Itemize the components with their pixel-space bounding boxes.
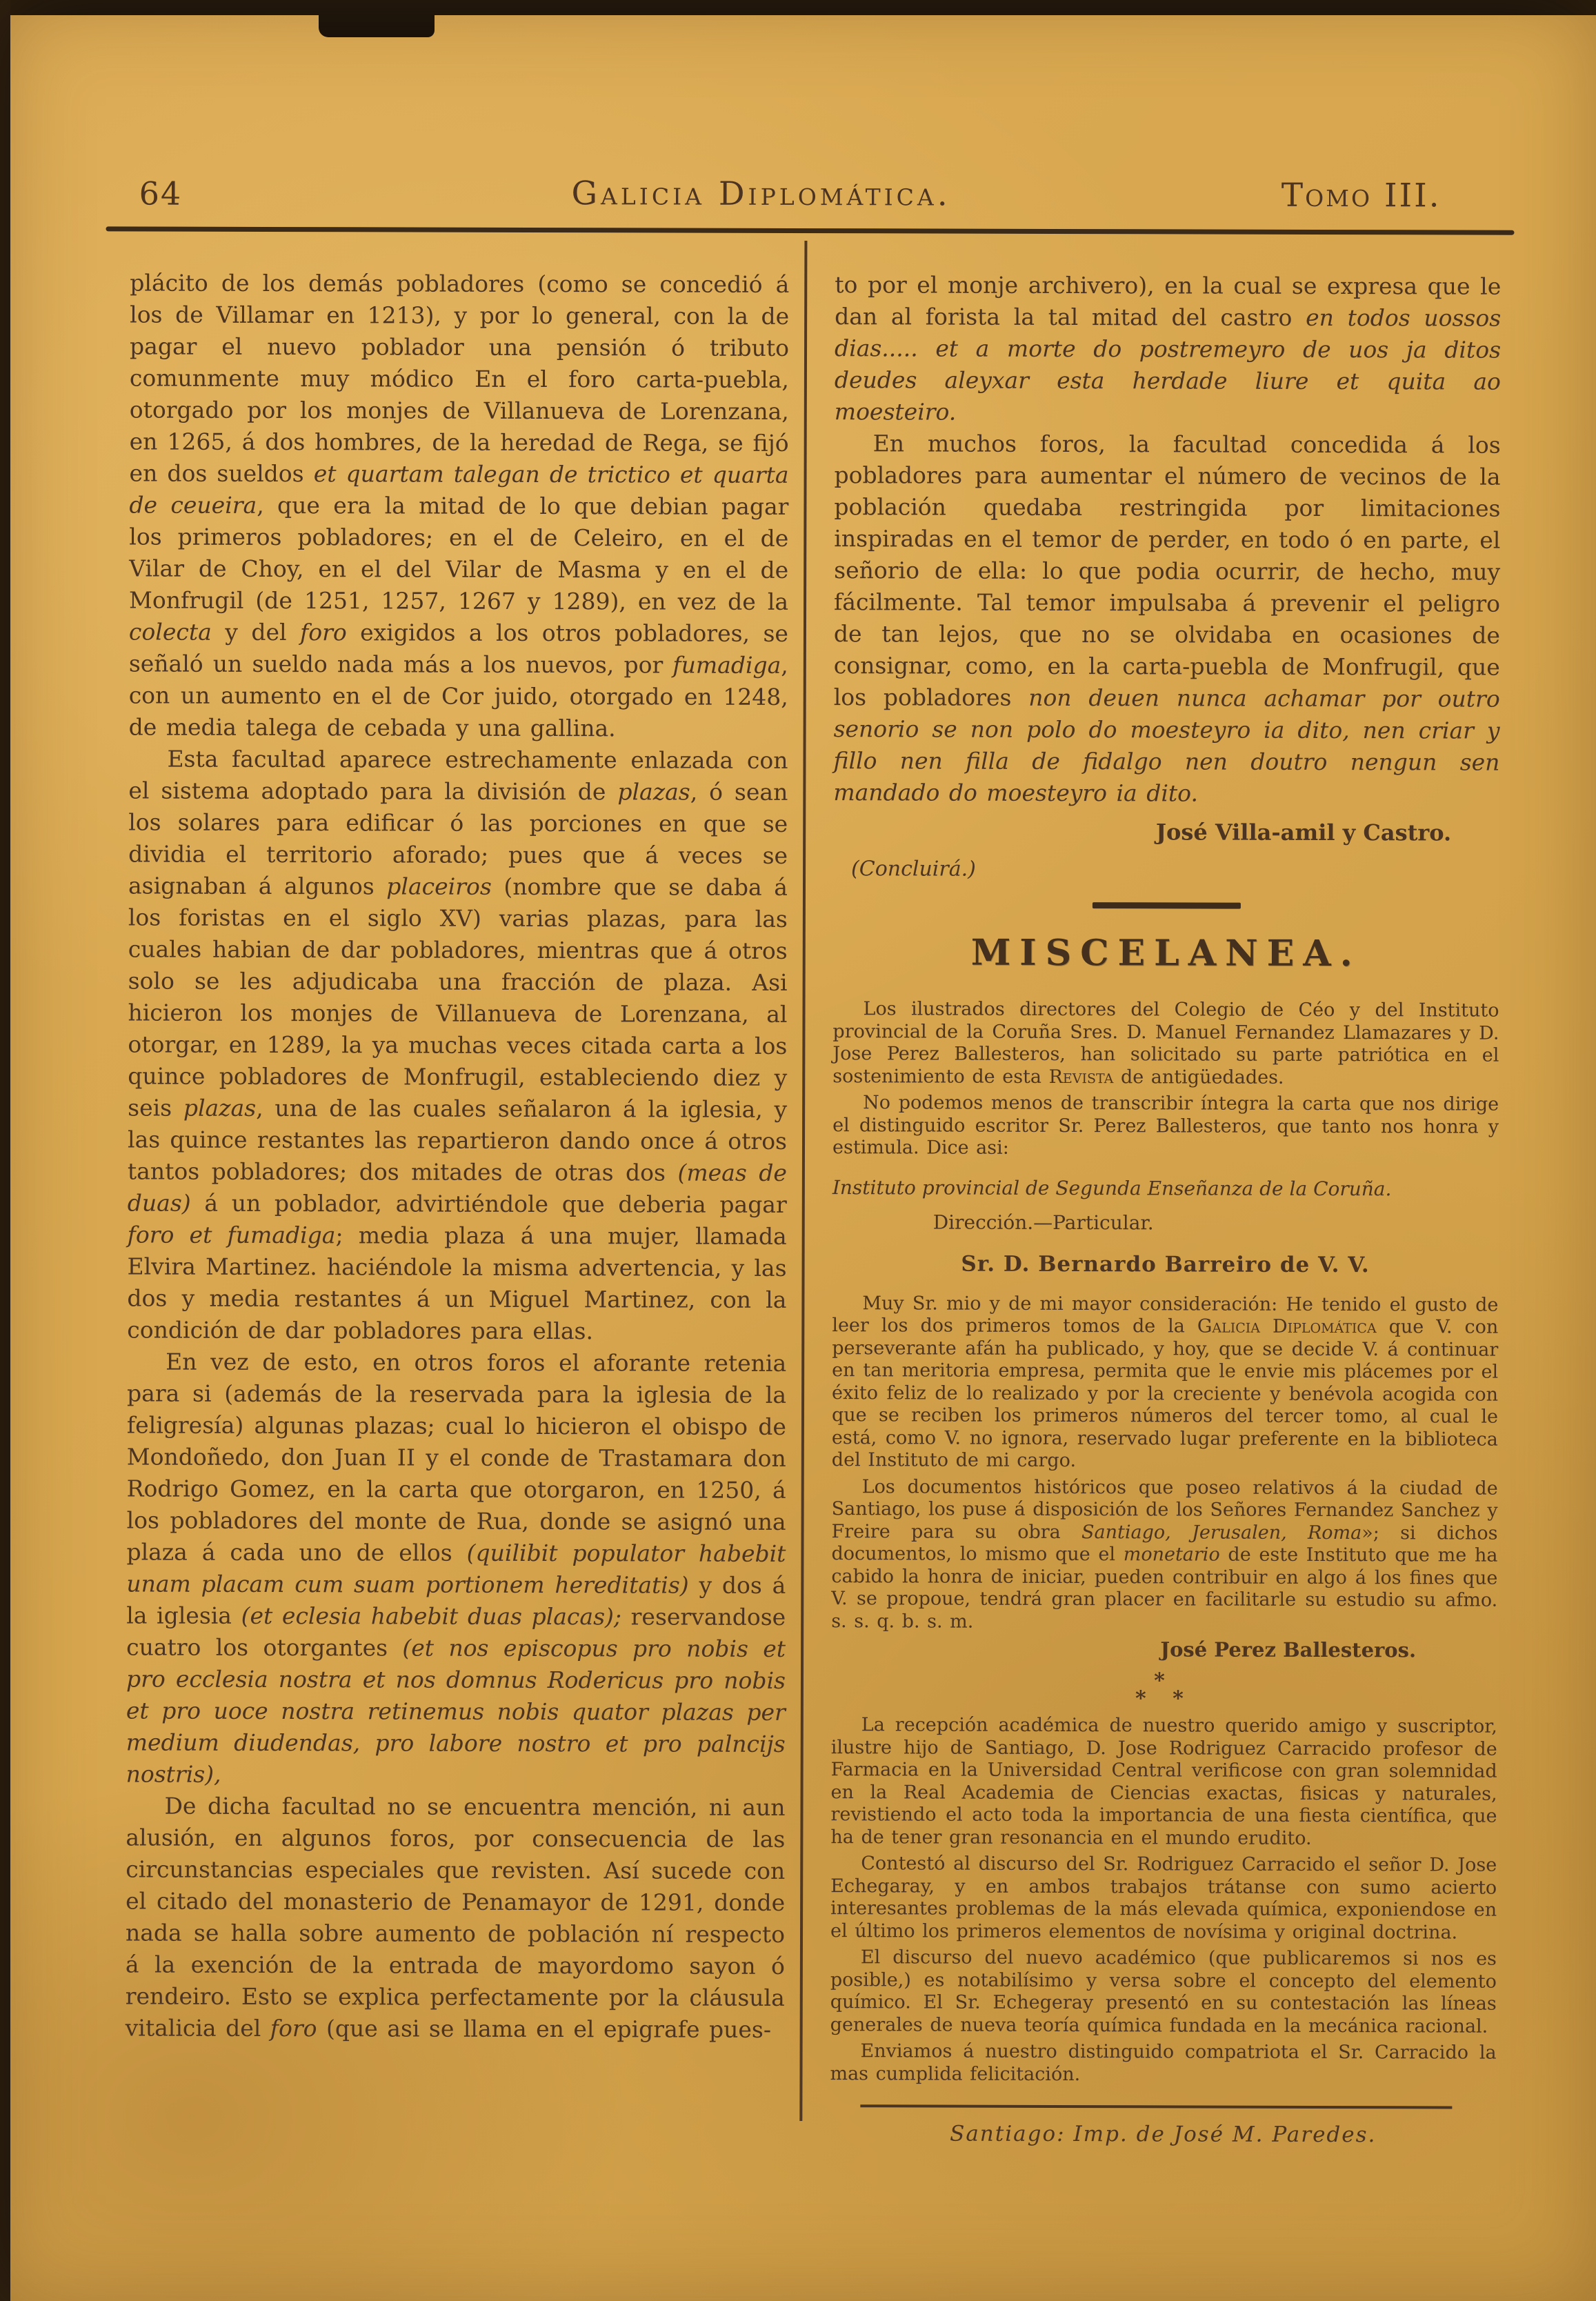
page: 64 Galicia Diplomática. Tomo III. plácit… xyxy=(0,0,1596,2301)
left-column: plácito de los demás pobladores (como se… xyxy=(125,267,789,2145)
text-segment: Santiago, Jerusalen, Roma xyxy=(1081,1522,1361,1544)
journal-title: Galicia Diplomática. xyxy=(279,174,1244,215)
continuation-note: (Concluirá.) xyxy=(833,857,1499,883)
text-segment: De dicha facultad no se encuentra menció… xyxy=(126,1793,786,2042)
paragraph: De dicha facultad no se encuentra menció… xyxy=(126,1790,786,2046)
paragraph: La recepción académica de nuestro querid… xyxy=(830,1714,1497,1851)
text-segment: No podemos menos de transcribir íntegra … xyxy=(832,1092,1499,1159)
text-segment: (que asi se llama en el epigrafe pues- xyxy=(317,2015,771,2043)
text-segment: Contestó al discurso del Sr. Rodriguez C… xyxy=(830,1853,1497,1943)
text-segment: Enviamos á nuestro distinguido compatrio… xyxy=(830,2040,1496,2084)
paragraph: Los ilustrados directores del Colegio de… xyxy=(832,998,1499,1090)
paragraph: En muchos foros, la facultad concedida á… xyxy=(833,428,1500,810)
text-segment: La recepción académica de nuestro querid… xyxy=(830,1714,1497,1849)
text-segment: En vez de esto, en otros foros el aforan… xyxy=(126,1348,786,1566)
text-segment: foro xyxy=(270,2015,317,2042)
paragraph: Enviamos á nuestro distinguido compatrio… xyxy=(830,2040,1496,2087)
paragraph: Esta facultad aparece estrechamente enla… xyxy=(127,743,788,1347)
paragraph: El discurso del nuevo académico (que pub… xyxy=(830,1946,1497,2038)
text-segment: colecta xyxy=(129,618,212,645)
text-segment: monetario xyxy=(1124,1544,1220,1565)
miscelanea-intro: Los ilustrados directores del Colegio de… xyxy=(832,998,1499,1161)
text-segment: (nombre que se daba á los foristas en el… xyxy=(128,873,788,1122)
header-rule xyxy=(106,226,1514,235)
footer-rule xyxy=(860,2104,1452,2109)
page-number: 64 xyxy=(139,175,183,212)
text-segment: plácito de los demás pobladores (como se… xyxy=(130,269,790,487)
article-signature: José Villa-amil y Castro. xyxy=(833,818,1499,846)
scanned-page: 64 Galicia Diplomática. Tomo III. plácit… xyxy=(0,0,1596,2301)
text-segment: que V. con perseverante afán ha publicad… xyxy=(832,1316,1499,1471)
text-segment: á un poblador, advirtiéndole que deberia… xyxy=(191,1190,787,1218)
paragraph: to por el monje archivero), en la cual s… xyxy=(835,269,1502,430)
letter-address-line: Dirección.—Particular. xyxy=(832,1211,1499,1235)
asterism: * * * xyxy=(831,1671,1497,1709)
article-continuation: to por el monje archivero), en la cual s… xyxy=(833,269,1501,810)
text-segment: y del xyxy=(212,619,300,646)
text-segment: El discurso del nuevo académico (que pub… xyxy=(830,1946,1497,2037)
text-segment: foro xyxy=(300,619,347,646)
paragraph: En vez de esto, en otros foros el aforan… xyxy=(126,1346,787,1792)
miscelanea-title: MISCELANEA. xyxy=(833,931,1499,975)
text-segment: plazas xyxy=(617,778,690,805)
paragraph: Los documentos históricos que poseo rela… xyxy=(831,1476,1498,1635)
text-segment: fumadiga xyxy=(672,652,781,679)
news-section: La recepción académica de nuestro querid… xyxy=(830,1714,1497,2087)
text-segment: de antigüedades. xyxy=(1113,1066,1284,1088)
text-segment: plazas xyxy=(183,1095,256,1122)
text-segment: Revista xyxy=(1049,1066,1114,1087)
asterism-bottom: * * xyxy=(831,1689,1497,1709)
paragraph: plácito de los demás pobladores (como se… xyxy=(129,267,790,745)
right-column: to por el monje archivero), en la cual s… xyxy=(830,269,1501,2148)
volume-label: Tomo III. xyxy=(1281,177,1442,215)
text-segment: (et eclesia habebit duas placas); xyxy=(241,1602,621,1630)
letter-body: Muy Sr. mio y de mi mayor consideración:… xyxy=(831,1293,1498,1635)
letterhead: Instituto provincial de Segunda Enseñanz… xyxy=(832,1176,1499,1202)
paragraph: No podemos menos de transcribir íntegra … xyxy=(832,1092,1499,1161)
text-segment: En muchos foros, la facultad concedida á… xyxy=(834,430,1501,711)
text-segment: placeiros xyxy=(386,873,492,899)
text-segment: Galicia Diplomática xyxy=(1197,1316,1377,1338)
letter-signature: José Perez Ballesteros. xyxy=(831,1637,1497,1662)
paragraph: Contestó al discurso del Sr. Rodriguez C… xyxy=(830,1853,1497,1944)
letter-salutation: Sr. D. Bernardo Barreiro de V. V. xyxy=(832,1251,1499,1278)
section-rule xyxy=(1092,902,1240,909)
colophon: Santiago: Imp. de José M. Paredes. xyxy=(830,2121,1496,2148)
text-columns: plácito de los demás pobladores (como se… xyxy=(125,267,1501,2147)
text-segment: foro et fumadiga xyxy=(128,1221,336,1248)
paragraph: Muy Sr. mio y de mi mayor consideración:… xyxy=(832,1293,1499,1474)
